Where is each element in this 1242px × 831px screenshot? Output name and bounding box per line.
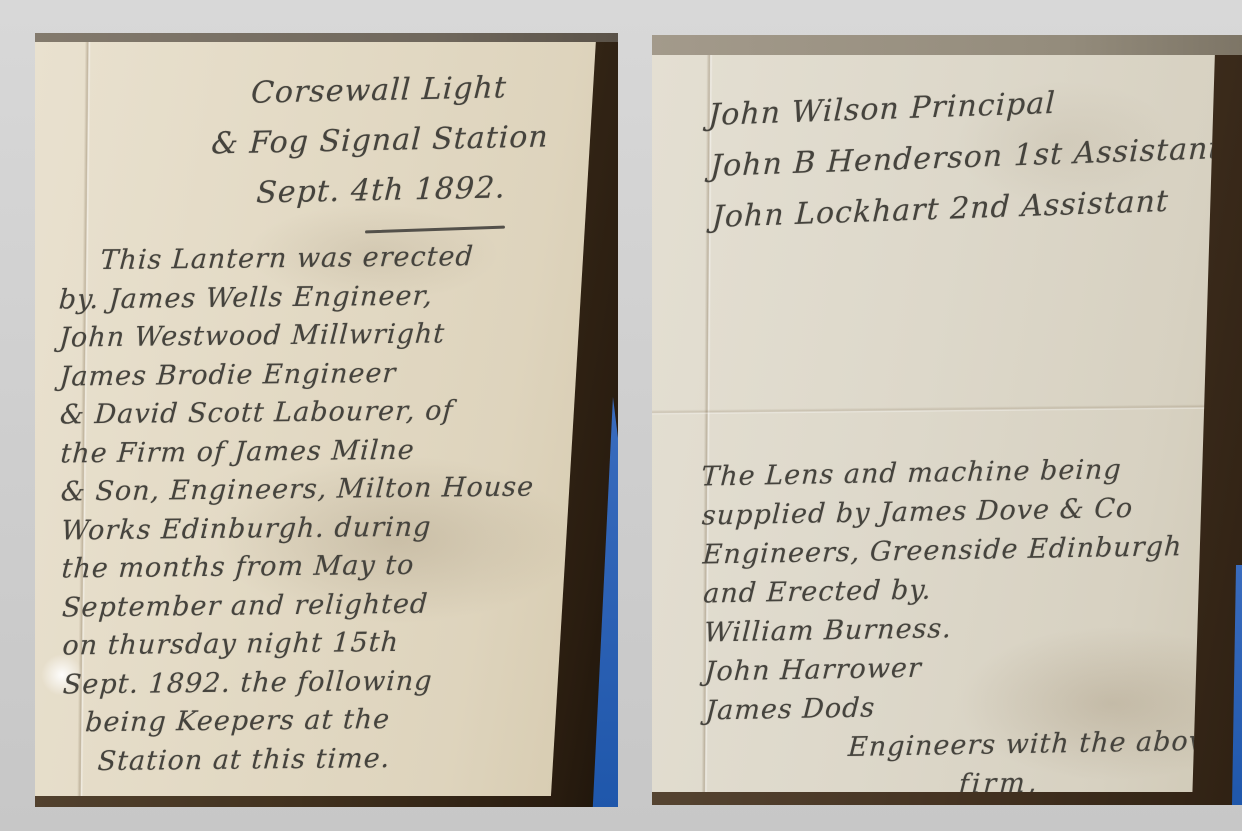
left-page-body: This Lantern was erected by. James Wells… (58, 238, 537, 782)
right-photo-top-frame-edge (652, 35, 1242, 55)
manuscript-line: Station at this time. (96, 738, 537, 781)
manuscript-photo-collage: Corsewall Light & Fog Signal Station Sep… (0, 0, 1242, 831)
left-photo-blue-display-edge (590, 397, 618, 807)
manuscript-line: being Keepers at the (84, 699, 537, 742)
manuscript-line: the months from May to (60, 546, 535, 589)
manuscript-line: & David Scott Labourer, of (59, 392, 534, 435)
manuscript-line: the Firm of James Milne (59, 430, 534, 473)
right-page-body: The Lens and machine being supplied by J… (701, 449, 1223, 805)
right-photo-blue-display-edge (1232, 565, 1242, 805)
right-manuscript-page: John Wilson Principal John B Henderson 1… (652, 55, 1242, 792)
date-underline-rule (365, 226, 505, 234)
right-page-keepers-list: John Wilson Principal John B Henderson 1… (707, 72, 1224, 243)
left-page-heading: Corsewall Light & Fog Signal Station Sep… (173, 62, 586, 221)
right-photo: John Wilson Principal John B Henderson 1… (652, 35, 1242, 805)
manuscript-line: by. James Wells Engineer, (58, 276, 533, 319)
heading-line: Corsewall Light (173, 62, 585, 121)
manuscript-line: James Brodie Engineer (58, 353, 533, 396)
heading-line: Sept. 4th 1892. (175, 162, 587, 221)
right-page-horizontal-crease (652, 404, 1212, 415)
closing-line-firm-underlined: firm, (958, 760, 1224, 804)
heading-line: & Fog Signal Station (174, 112, 586, 171)
manuscript-line: John Westwood Millwright (58, 315, 533, 358)
manuscript-line: & Son, Engineers, Milton House (60, 469, 535, 512)
left-photo-top-frame-edge (35, 33, 618, 42)
manuscript-line: Sept. 1892. the following (62, 661, 537, 704)
manuscript-line: on thursday night 15th (61, 623, 536, 666)
closing-line: Engineers with the above (847, 721, 1223, 767)
manuscript-line: September and relighted (61, 584, 536, 627)
manuscript-line: Works Edinburgh. during (60, 507, 535, 550)
left-photo: Corsewall Light & Fog Signal Station Sep… (35, 33, 618, 807)
left-manuscript-page: Corsewall Light & Fog Signal Station Sep… (35, 42, 618, 796)
manuscript-line: This Lantern was erected (99, 238, 532, 281)
